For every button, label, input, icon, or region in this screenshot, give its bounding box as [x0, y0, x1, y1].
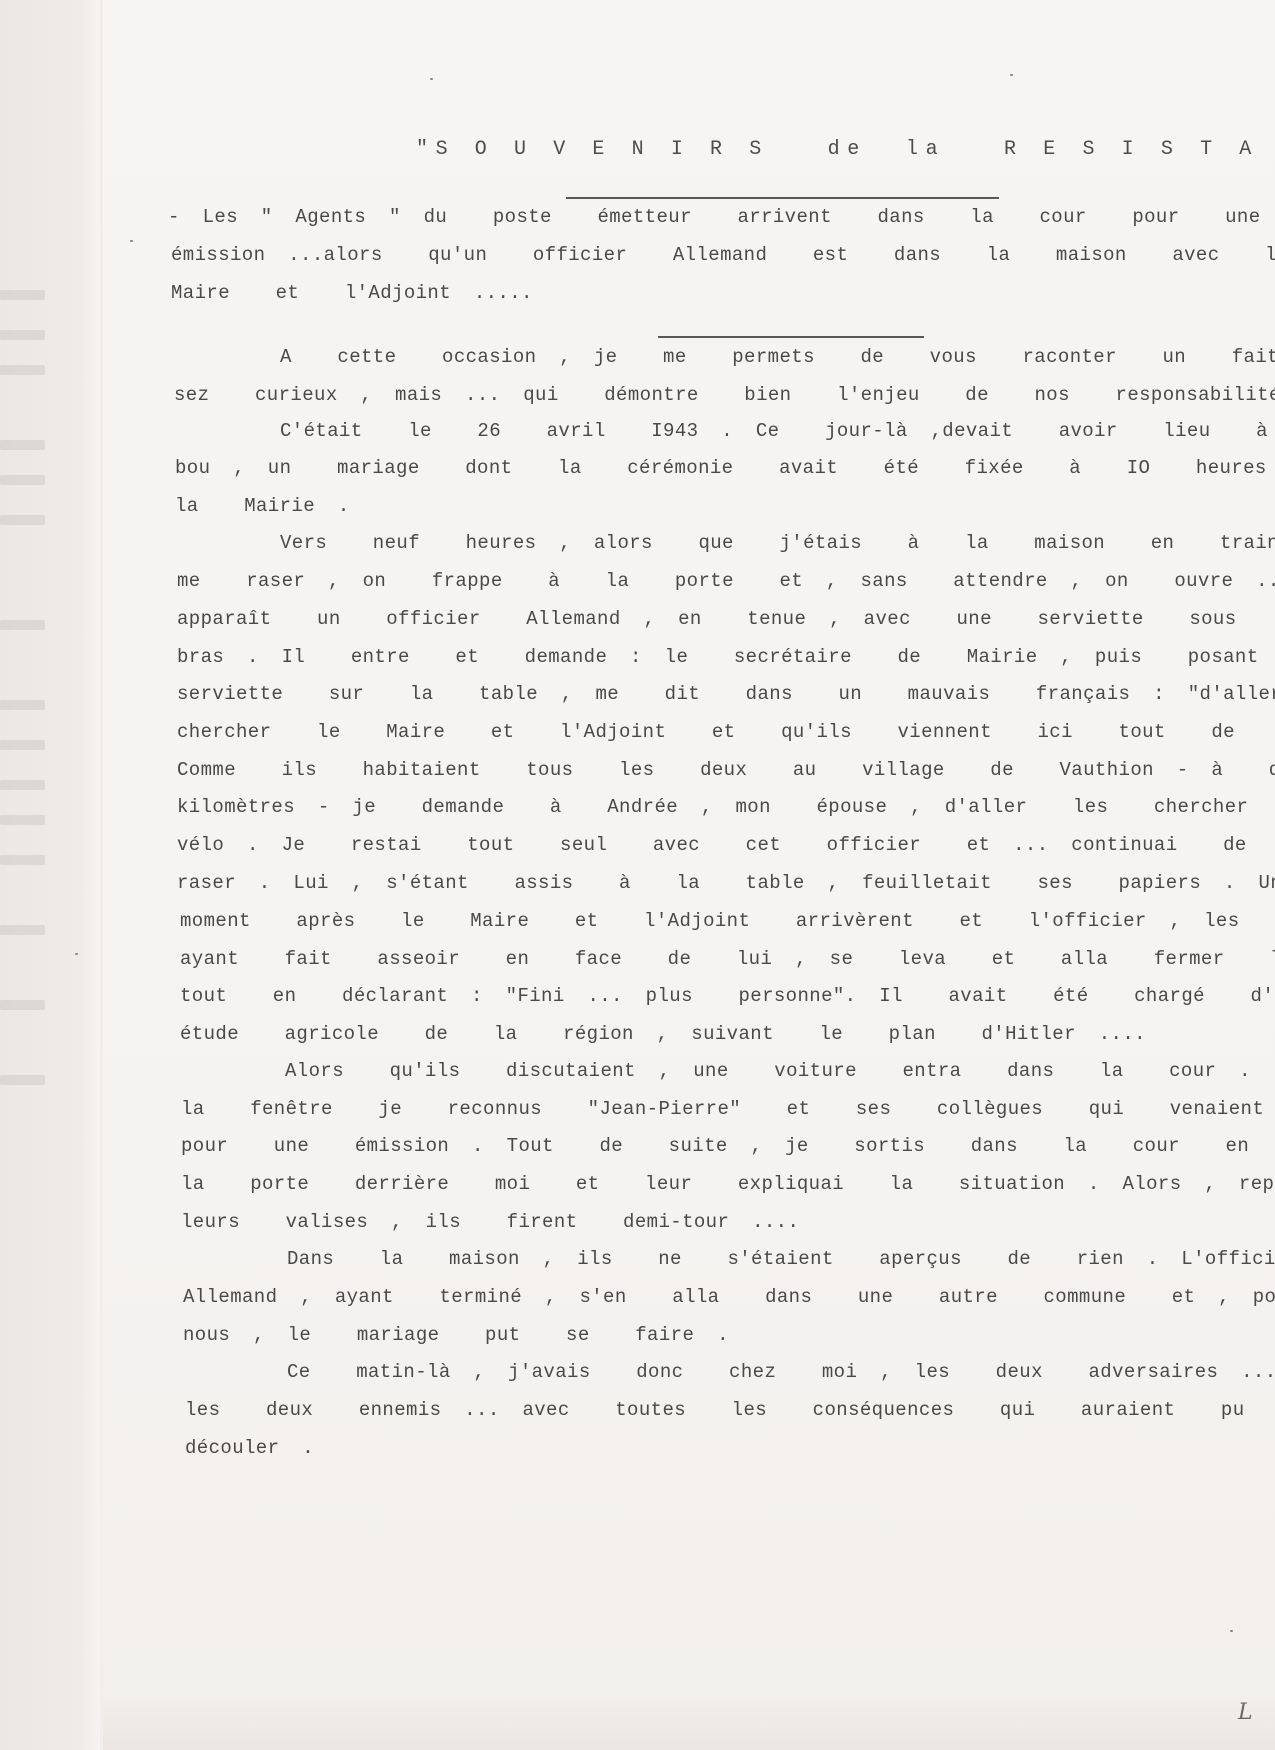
text-line: émission ...alors qu'un officier Alleman…	[171, 244, 1275, 266]
text-line: la porte derrière moi et leur expliquai …	[181, 1173, 1275, 1195]
text-line: - Les " Agents " du poste émetteur arriv…	[168, 206, 1261, 228]
text-line: Alors qu'ils discutaient , une voiture e…	[285, 1060, 1275, 1082]
text-line: apparaît un officier Allemand , en tenue…	[177, 608, 1275, 630]
bleed-through-mark	[0, 1000, 45, 1010]
text-line: chercher le Maire et l'Adjoint et qu'ils…	[177, 721, 1275, 743]
text-line: les deux ennemis ... avec toutes les con…	[185, 1399, 1275, 1421]
text-line: la fenêtre je reconnus "Jean-Pierre" et …	[181, 1098, 1264, 1120]
previous-page-margin	[0, 0, 100, 1750]
text-line: leurs valises , ils firent demi-tour ...…	[181, 1211, 799, 1233]
text-line: sez curieux , mais ... qui démontre bien…	[174, 384, 1275, 406]
text-line: tout en déclarant : "Fini ... plus perso…	[180, 985, 1275, 1007]
bleed-through-mark	[0, 815, 45, 825]
text-line: Vers neuf heures , alors que j'étais à l…	[280, 532, 1275, 554]
text-line: étude agricole de la région , suivant le…	[180, 1023, 1146, 1045]
paper-speck	[430, 78, 433, 80]
page-number: L	[1238, 1700, 1253, 1725]
text-line: A cette occasion , je me permets de vous…	[280, 346, 1275, 368]
section-divider	[658, 336, 924, 338]
text-line: me raser , on frappe à la porte et , san…	[177, 570, 1275, 592]
bleed-through-mark	[0, 475, 45, 485]
text-line: découler .	[185, 1437, 314, 1459]
paper-speck	[75, 953, 78, 955]
text-line: vélo . Je restai tout seul avec cet offi…	[177, 834, 1275, 856]
bleed-through-mark	[0, 330, 45, 340]
text-line: nous , le mariage put se faire .	[183, 1324, 729, 1346]
bleed-through-mark	[0, 290, 45, 300]
bleed-through-mark	[0, 365, 45, 375]
text-line: bou , un mariage dont la cérémonie avait…	[175, 457, 1275, 479]
text-line: C'était le 26 avril I943 . Ce jour-là ,d…	[280, 420, 1275, 442]
paper-speck	[1230, 1630, 1233, 1632]
document-title: "S O U V E N I R S de la R E S I S T A N…	[416, 138, 1275, 161]
title-underline	[566, 197, 999, 199]
text-line: raser . Lui , s'étant assis à la table ,…	[177, 872, 1275, 894]
text-line: Ce matin-là , j'avais donc chez moi , le…	[287, 1361, 1275, 1383]
text-line: Comme ils habitaient tous les deux au vi…	[177, 759, 1275, 781]
bleed-through-mark	[0, 700, 45, 710]
bleed-through-mark	[0, 925, 45, 935]
text-line: kilomètres - je demande à Andrée , mon é…	[177, 796, 1275, 818]
paper-speck	[1010, 74, 1013, 76]
bleed-through-mark	[0, 515, 45, 525]
document-page: "S O U V E N I R S de la R E S I S T A N…	[103, 0, 1275, 1750]
bleed-through-mark	[0, 855, 45, 865]
text-line: Maire et l'Adjoint .....	[171, 282, 533, 304]
text-line: pour une émission . Tout de suite , je s…	[181, 1135, 1275, 1157]
bleed-through-mark	[0, 1075, 45, 1085]
text-line: bras . Il entre et demande : le secrétai…	[177, 646, 1275, 668]
paper-speck	[130, 240, 133, 242]
bleed-through-mark	[0, 620, 45, 630]
text-line: serviette sur la table , me dit dans un …	[177, 683, 1275, 705]
bleed-through-mark	[0, 780, 45, 790]
text-line: moment après le Maire et l'Adjoint arriv…	[180, 910, 1240, 932]
bleed-through-mark	[0, 740, 45, 750]
text-line: Allemand , ayant terminé , s'en alla dan…	[183, 1286, 1275, 1308]
page-bottom-edge	[103, 1690, 1275, 1750]
text-line: ayant fait asseoir en face de lui , se l…	[180, 948, 1275, 970]
bleed-through-mark	[0, 440, 45, 450]
text-line: Dans la maison , ils ne s'étaient aperçu…	[287, 1248, 1275, 1270]
text-line: la Mairie .	[175, 495, 350, 517]
